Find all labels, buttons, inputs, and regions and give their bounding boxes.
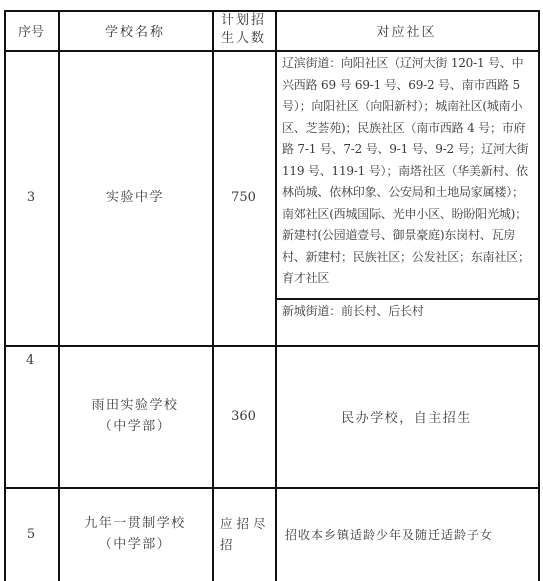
header-index: 序号 <box>4 10 58 50</box>
row5-school-name-line1: 九年一贯制学校 <box>84 513 186 534</box>
header-planned-enrollment: 计划招 生人数 <box>212 10 275 50</box>
school-district-table: 序号 学校名称 计划招 生人数 对应社区 3 实验中学 750 辽滨街道：向阳社… <box>4 10 539 581</box>
header-community-label: 对应社区 <box>376 21 436 40</box>
row3-planned-enrollment-value: 750 <box>231 190 256 205</box>
header-planned-enrollment-line2: 生人数 <box>221 30 266 48</box>
row4-community: 民办学校，自主招生 <box>275 345 538 487</box>
row4-school-name-line2: （中学部） <box>99 416 172 437</box>
row5-community-text: 招收本乡镇适龄少年及随迁适龄子女 <box>285 526 493 543</box>
row5-school-name-line2: （中学部） <box>99 534 172 555</box>
header-planned-enrollment-line1: 计划招 <box>221 12 266 30</box>
row5-index-value: 5 <box>27 527 35 542</box>
header-community: 对应社区 <box>275 10 538 50</box>
row4-school-name: 雨田实验学校 （中学部） <box>58 345 212 487</box>
header-index-label: 序号 <box>18 21 44 40</box>
row3-school-name-value: 实验中学 <box>106 187 164 208</box>
header-school-name-label: 学校名称 <box>105 21 165 40</box>
row3-school-name: 实验中学 <box>58 50 212 345</box>
row5-planned-enrollment: 应 招 尽 招 <box>212 487 275 581</box>
header-school-name: 学校名称 <box>58 10 212 50</box>
row5-school-name: 九年一贯制学校 （中学部） <box>58 487 212 581</box>
row4-planned-enrollment-value: 360 <box>231 409 256 424</box>
row3-index-value: 3 <box>27 190 35 205</box>
row4-index-value: 4 <box>26 353 34 368</box>
row5-index: 5 <box>4 487 58 581</box>
row3-community-xincheng-text: 新城街道：前长村、后长村 <box>282 301 424 323</box>
table-border-right <box>538 10 540 581</box>
row3-community-liaobin-text: 辽滨街道：向阳社区（辽河大街 120-1 号、中兴西路 69 号 69-1 号、… <box>282 53 533 290</box>
row3-planned-enrollment: 750 <box>212 50 275 345</box>
row4-planned-enrollment: 360 <box>212 345 275 487</box>
row5-planned-enrollment-line1: 应 招 尽 <box>220 513 265 534</box>
row5-planned-enrollment-line2: 招 <box>220 534 233 555</box>
row3-community-xincheng: 新城街道：前长村、后长村 <box>275 298 538 345</box>
row4-community-text: 民办学校，自主招生 <box>341 407 472 426</box>
row3-community-liaobin: 辽滨街道：向阳社区（辽河大街 120-1 号、中兴西路 69 号 69-1 号、… <box>275 50 538 298</box>
row4-school-name-line1: 雨田实验学校 <box>91 395 178 416</box>
row3-index: 3 <box>4 50 58 345</box>
row5-community: 招收本乡镇适龄少年及随迁适龄子女 <box>275 487 538 581</box>
row4-index: 4 <box>4 345 58 487</box>
